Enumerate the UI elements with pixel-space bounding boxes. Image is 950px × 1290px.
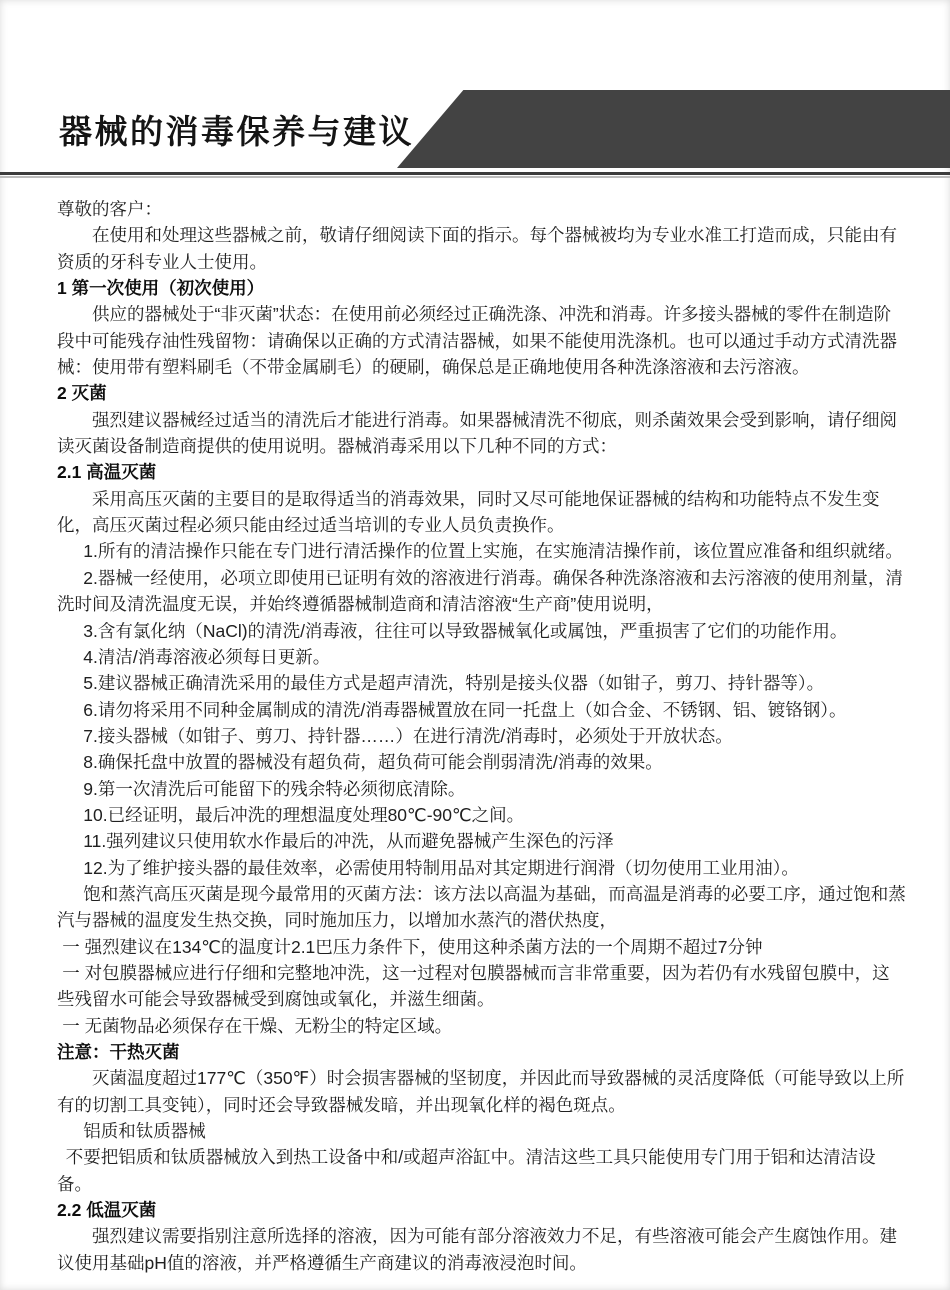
divider-dark-line (0, 172, 950, 175)
document-page: 器械的消毒保养与建议 尊敬的客户：在使用和处理这些器械之前，敬请仔细阅读下面的指… (0, 0, 950, 1290)
paragraph: 7.接头器械（如钳子、剪刀、持针器……）在进行清洗/消毒时，必须处于开放状态。 (57, 723, 906, 749)
section-heading: 2.2 低温灭菌 (57, 1197, 906, 1223)
paragraph: 5.建议器械正确清洗采用的最佳方式是超声清洗，特别是接头仪器（如钳子，剪刀、持针… (57, 670, 906, 696)
header-divider (0, 172, 950, 178)
paragraph: 供应的器械处于“非灭菌”状态：在使用前必须经过正确洗涤、冲洗和消毒。许多接头器械… (57, 301, 906, 380)
paragraph: 4.清洁/消毒溶液必须每日更新。 (57, 644, 906, 670)
divider-light-line (0, 176, 950, 178)
paragraph: 10.已经证明，最后冲洗的理想温度处理80℃-90℃之间。 (57, 802, 906, 828)
paragraph: 强烈建议器械经过适当的清洗后才能进行消毒。如果器械清洗不彻底，则杀菌效果会受到影… (57, 407, 906, 460)
paragraph: 采用高压灭菌的主要目的是取得适当的消毒效果，同时又尽可能地保证器械的结构和功能特… (57, 486, 906, 539)
section-heading: 注意：干热灭菌 (57, 1039, 906, 1065)
paragraph: 强烈建议需要指别注意所选择的溶液，因为可能有部分溶液效力不足，有些溶液可能会产生… (57, 1223, 906, 1276)
paragraph: 一 无菌物品必须保存在干燥、无粉尘的特定区域。 (57, 1013, 906, 1039)
paragraph: 尊敬的客户： (57, 196, 906, 222)
section-heading: 2 灭菌 (57, 380, 906, 406)
document-body: 尊敬的客户：在使用和处理这些器械之前，敬请仔细阅读下面的指示。每个器械被均为专业… (57, 196, 906, 1276)
header-accent-shape (397, 90, 950, 168)
paragraph: 6.请勿将采用不同种金属制成的清洗/消毒器械置放在同一托盘上（如合金、不锈钢、铝… (57, 697, 906, 723)
paragraph: 8.确保托盘中放置的器械没有超负荷，超负荷可能会削弱清洗/消毒的效果。 (57, 749, 906, 775)
paragraph: 一 强烈建议在134℃的温度计2.1巴压力条件下，使用这种杀菌方法的一个周期不超… (57, 934, 906, 960)
paragraph: 2.器械一经使用，必项立即使用已证明有效的溶液进行消毒。确保各种洗涤溶液和去污溶… (57, 565, 906, 618)
paragraph: 不要把铝质和钛质器械放入到热工设备中和/或超声浴缸中。清洁这些工具只能使用专门用… (57, 1144, 906, 1197)
section-heading: 1 第一次使用（初次使用） (57, 275, 906, 301)
page-title: 器械的消毒保养与建议 (59, 110, 414, 154)
paragraph: 1.所有的清洁操作只能在专门进行清活操作的位置上实施，在实施清洁操作前，该位置应… (57, 538, 906, 564)
section-heading: 2.1 高温灭菌 (57, 459, 906, 485)
paragraph: 灭菌温度超过177℃（350℉）时会损害器械的坚韧度，并因此而导致器械的灵活度降… (57, 1065, 906, 1118)
paragraph: 11.强列建议只使用软水作最后的冲洗，从而避免器械产生深色的污泽 (57, 828, 906, 854)
paragraph: 3.含有氯化纳（NaCl)的清洗/消毒液，往往可以导致器械氧化或属蚀，严重损害了… (57, 618, 906, 644)
paragraph: 一 对包膜器械应进行仔细和完整地冲洗，这一过程对包膜器械而言非常重要，因为若仍有… (57, 960, 906, 1013)
paragraph: 饱和蒸汽高压灭菌是现今最常用的灭菌方法：该方法以高温为基础，而高温是消毒的必要工… (57, 881, 906, 934)
paragraph: 在使用和处理这些器械之前，敬请仔细阅读下面的指示。每个器械被均为专业水准工打造而… (57, 222, 906, 275)
paragraph: 铝质和钛质器械 (57, 1118, 906, 1144)
paragraph: 12.为了维护接头器的最佳效率，必需使用特制用品对其定期进行润滑（切勿使用工业用… (57, 855, 906, 881)
paragraph: 9.第一次清洗后可能留下的残余特必须彻底清除。 (57, 776, 906, 802)
